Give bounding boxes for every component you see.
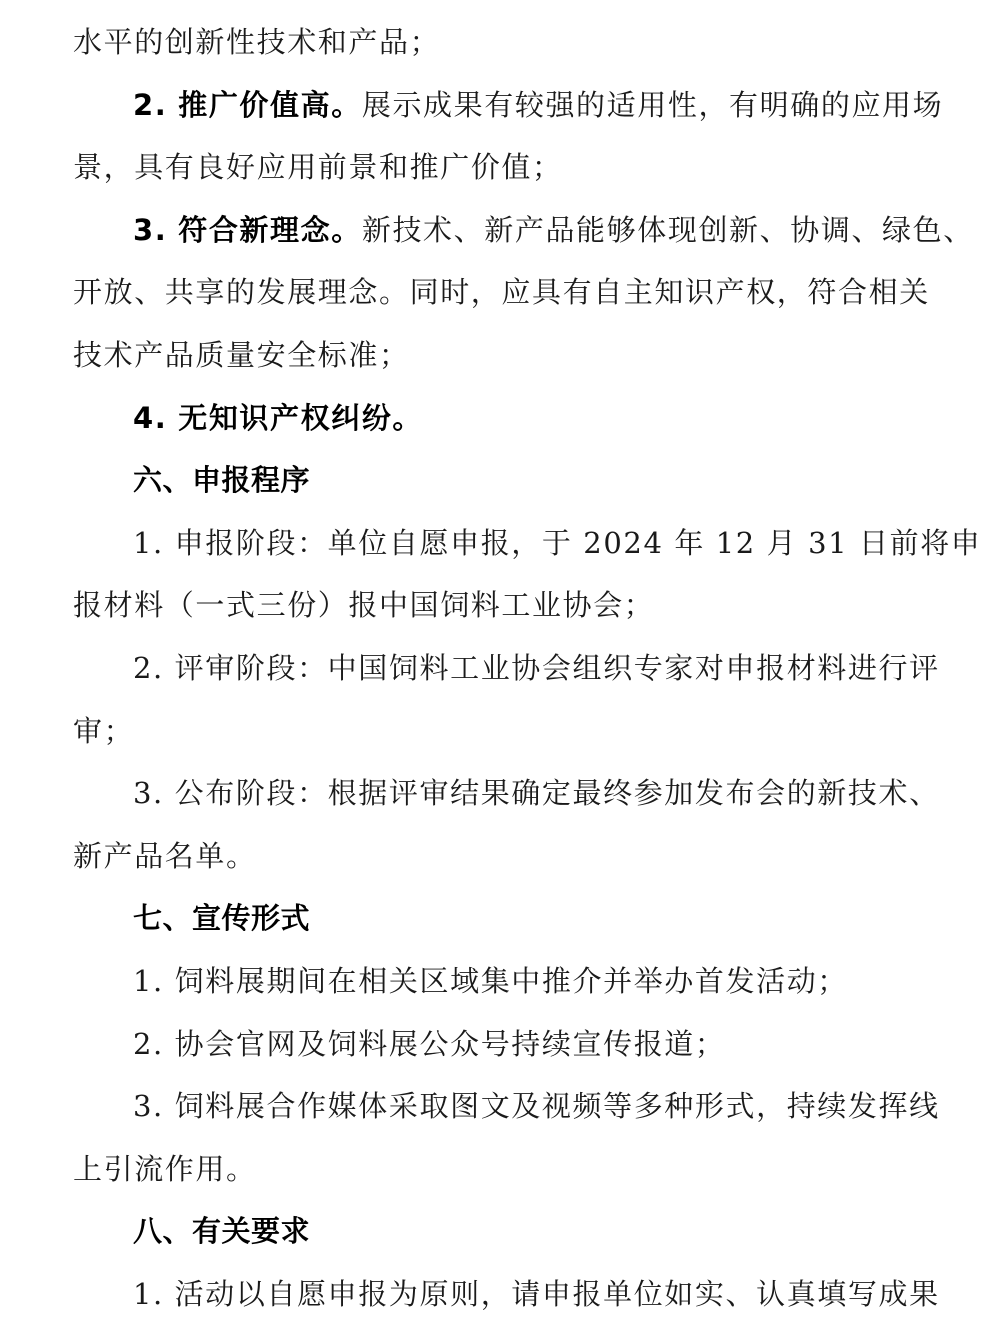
paragraph-line: 水平的创新性技术和产品； (73, 11, 918, 74)
criteria-text: 新技术、新产品能够体现创新、协调、绿色、 (362, 213, 974, 247)
criteria-number: 4. (133, 401, 167, 435)
criteria-item-3: 3. 符合新理念。新技术、新产品能够体现创新、协调、绿色、 (73, 199, 918, 262)
line-text: 2. 协会官网及饲料展公众号持续宣传报道； (133, 1027, 726, 1061)
line-text: 1. 活动以自愿申报为原则，请申报单位如实、认真填写成果 (133, 1277, 940, 1311)
criteria-title: 无知识产权纠纷。 (178, 401, 423, 435)
criteria-title: 符合新理念。 (178, 213, 362, 247)
criteria-item-4: 4. 无知识产权纠纷。 (73, 387, 918, 450)
paragraph-line: 上引流作用。 (73, 1138, 918, 1201)
line-text: 水平的创新性技术和产品； (73, 25, 440, 59)
paragraph-line: 技术产品质量安全标准； (73, 324, 918, 387)
line-text: 3. 公布阶段：根据评审结果确定最终参加发布会的新技术、 (133, 776, 940, 810)
line-text: 1. 饲料展期间在相关区域集中推介并举办首发活动； (133, 964, 848, 998)
line-text: 1. 申报阶段：单位自愿申报，于 2024 年 12 月 31 日前将申 (133, 526, 981, 560)
paragraph-line: 开放、共享的发展理念。同时，应具有自主知识产权，符合相关 (73, 261, 918, 324)
paragraph-line: 景，具有良好应用前景和推广价值； (73, 136, 918, 199)
line-text: 审； (73, 714, 134, 748)
criteria-number: 3. (133, 213, 167, 247)
line-text: 技术产品质量安全标准； (73, 338, 410, 372)
line-text: 开放、共享的发展理念。同时，应具有自主知识产权，符合相关 (73, 275, 930, 309)
paragraph-line: 报材料（一式三份）报中国饲料工业协会； (73, 574, 918, 637)
promotion-item-3: 3. 饲料展合作媒体采取图文及视频等多种形式，持续发挥线 (73, 1075, 918, 1138)
line-text: 景，具有良好应用前景和推广价值； (73, 150, 563, 184)
heading-text: 七、宣传形式 (133, 901, 310, 935)
line-text: 3. 饲料展合作媒体采取图文及视频等多种形式，持续发挥线 (133, 1089, 940, 1123)
procedure-item-3: 3. 公布阶段：根据评审结果确定最终参加发布会的新技术、 (73, 762, 918, 825)
heading-text: 八、有关要求 (133, 1214, 310, 1248)
requirement-item-1: 1. 活动以自愿申报为原则，请申报单位如实、认真填写成果 (73, 1263, 918, 1326)
criteria-number: 2. (133, 88, 167, 122)
procedure-item-1: 1. 申报阶段：单位自愿申报，于 2024 年 12 月 31 日前将申 (73, 512, 918, 575)
procedure-item-2: 2. 评审阶段：中国饲料工业协会组织专家对申报材料进行评 (73, 637, 918, 700)
line-text: 新产品名单。 (73, 839, 257, 873)
paragraph-line: 审； (73, 700, 918, 763)
line-text: 上引流作用。 (73, 1152, 257, 1186)
criteria-title: 推广价值高。 (178, 88, 362, 122)
document-page: 水平的创新性技术和产品； 2. 推广价值高。展示成果有较强的适用性，有明确的应用… (73, 11, 918, 1325)
paragraph-line: 新产品名单。 (73, 825, 918, 888)
section-heading-8: 八、有关要求 (73, 1200, 918, 1263)
promotion-item-2: 2. 协会官网及饲料展公众号持续宣传报道； (73, 1013, 918, 1076)
section-heading-6: 六、申报程序 (73, 449, 918, 512)
criteria-item-2: 2. 推广价值高。展示成果有较强的适用性，有明确的应用场 (73, 74, 918, 137)
heading-text: 六、申报程序 (133, 463, 310, 497)
section-heading-7: 七、宣传形式 (73, 887, 918, 950)
criteria-text: 展示成果有较强的适用性，有明确的应用场 (362, 88, 943, 122)
line-text: 2. 评审阶段：中国饲料工业协会组织专家对申报材料进行评 (133, 651, 940, 685)
line-text: 报材料（一式三份）报中国饲料工业协会； (73, 588, 654, 622)
promotion-item-1: 1. 饲料展期间在相关区域集中推介并举办首发活动； (73, 950, 918, 1013)
